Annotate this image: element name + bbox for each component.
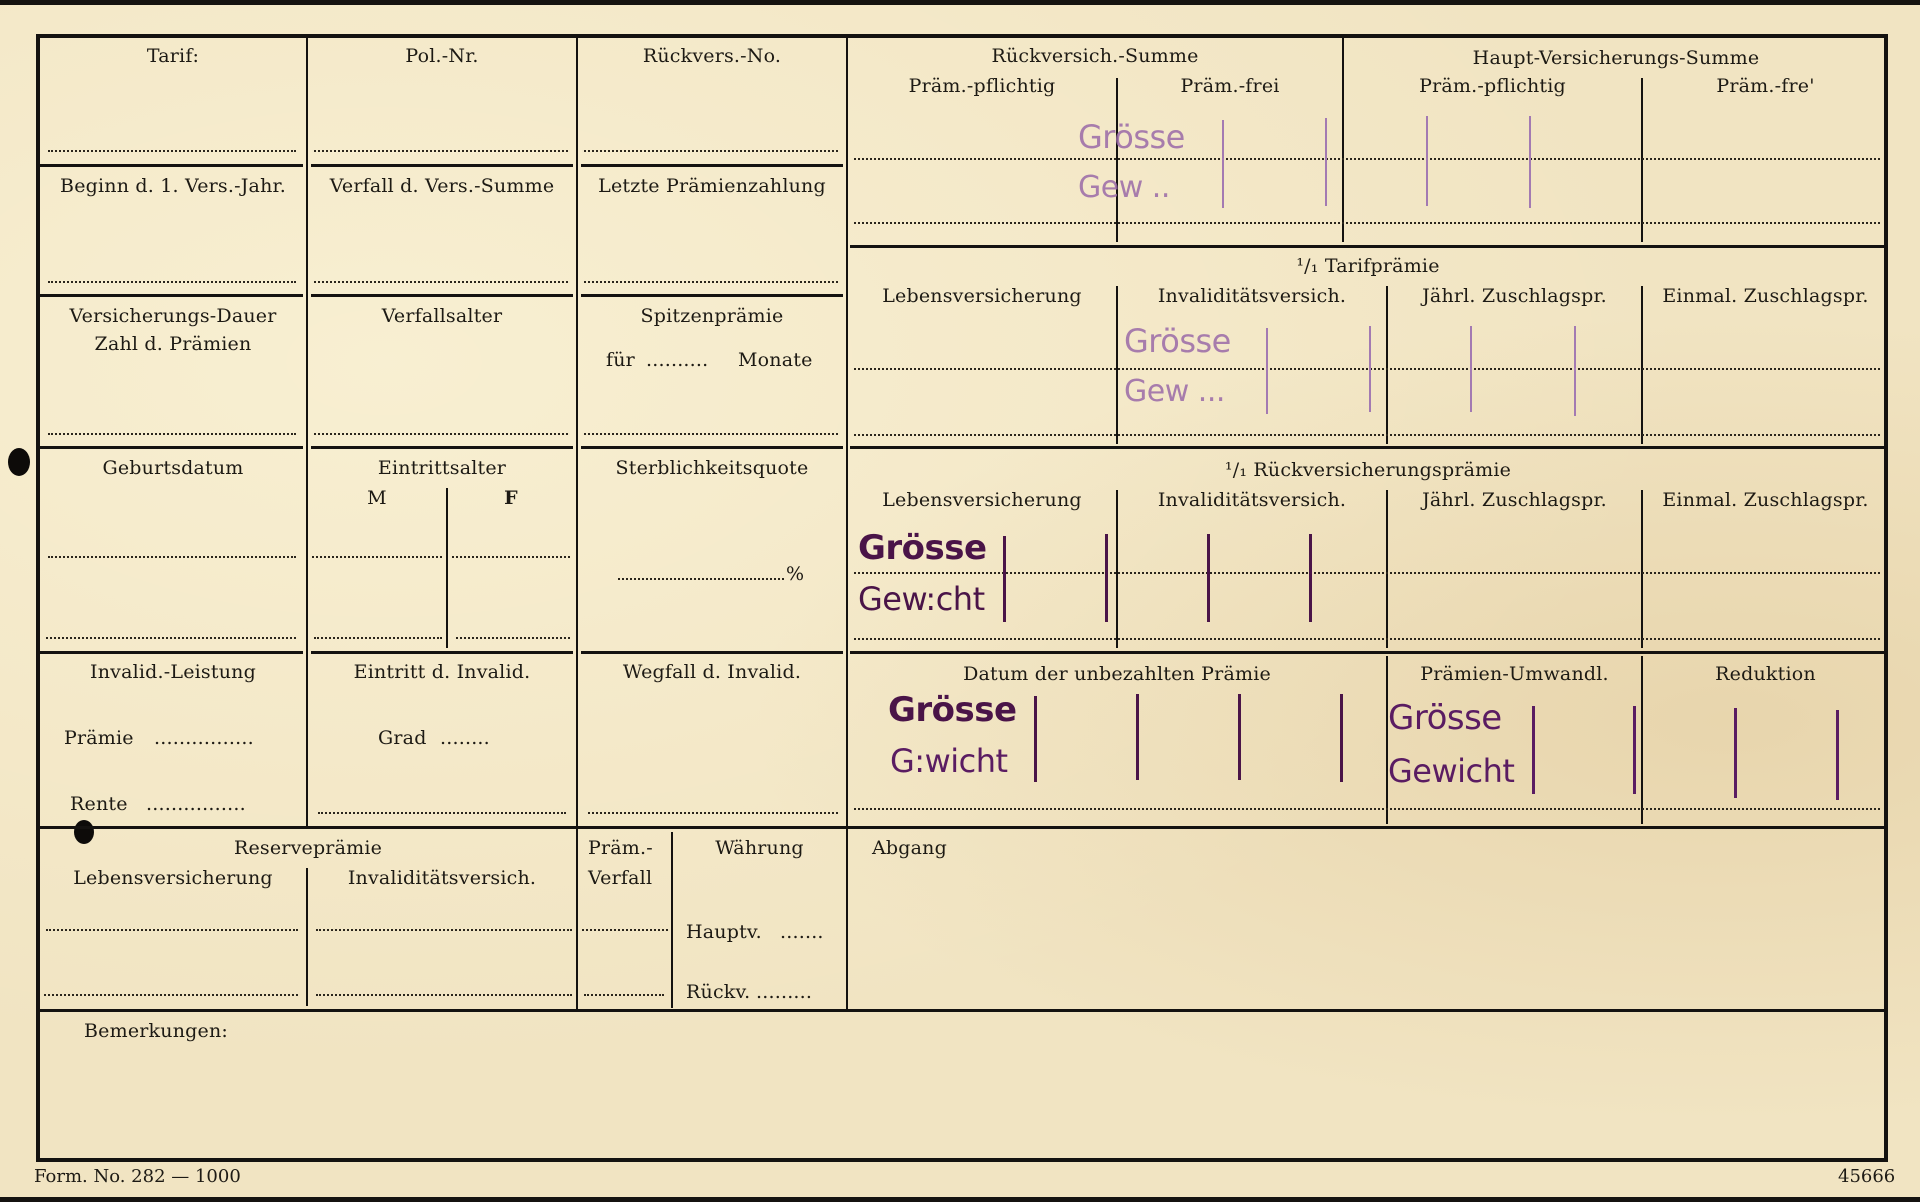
label-haupt-summe: Haupt-Versicherungs-Summe [1344,46,1888,70]
stamp-bar [1136,694,1139,780]
label-praem: Präm.- [588,836,653,860]
fill-line [584,994,664,996]
stamp-gewicht: Gewicht [1388,752,1514,790]
rule [311,294,573,297]
label-praem-frei-2: Präm.-fre' [1643,74,1888,98]
fill-rente: ................ [146,792,246,816]
stamp-gewicht: Gew ... [1124,374,1225,409]
rule [581,294,843,297]
rule [1116,490,1118,648]
rule [40,164,303,167]
stamp-bar [1325,118,1327,206]
label-rente: Rente [70,792,128,816]
label-praemien-umwandl: Prämien-Umwandl. [1388,662,1641,686]
rule [311,651,573,654]
rueck-col-invaliditaet: Invaliditätsversich. [1118,488,1386,512]
label-tarifpraemie: ¹/₁ Tarifprämie [848,254,1888,278]
form-number: Form. No. 282 — 1000 [34,1166,241,1188]
tarif-col-einmal: Einmal. Zuschlagspr. [1643,284,1888,308]
fill-line [48,556,296,558]
label-reservepraemie: Reserveprämie [40,836,576,860]
rule [1641,78,1643,242]
rule [1386,286,1388,444]
stamp-groesse: Grösse [1124,322,1231,360]
stamp-bar [1633,706,1636,794]
stamp-bar [1105,534,1108,622]
fill-line [312,556,442,558]
fill-line [44,994,298,996]
fill-line [854,158,1880,160]
rule [581,446,843,449]
rule [1386,490,1388,648]
label-invalid-leistung: Invalid.-Leistung [40,660,306,684]
tarif-col-invaliditaet: Invaliditätsversich. [1118,284,1386,308]
label-rueckvers-no: Rückvers.-No. [578,44,846,68]
label-rueckversich-summe: Rückversich.-Summe [848,44,1342,68]
stamp-groesse: Grösse [858,528,987,568]
rule [846,38,848,1010]
stamp-bar [1532,706,1535,794]
stamp-bar [1003,536,1006,622]
fill-line [854,808,1880,810]
stamp-gewicht: Gew .. [1078,170,1170,205]
fill-hauptv: ....... [780,920,824,944]
label-bemerkungen: Bemerkungen: [84,1019,228,1043]
scan-edge-top [0,0,1920,5]
stamp-bar [1426,116,1428,206]
fill-line [854,222,1880,224]
fill-praemie: ................ [154,726,254,750]
fill-line [452,556,570,558]
stamp-bar [1470,326,1472,412]
label-reduktion: Reduktion [1643,662,1888,686]
stamp-bar [1340,694,1343,782]
fill-line [588,812,838,814]
fill-line [46,637,296,639]
fill-line [854,434,1880,436]
label-reserve-invaliditaet: Invaliditätsversich. [308,866,576,890]
label-praem-pflichtig-1: Präm.-pflichtig [848,74,1116,98]
stamp-gewicht: G:wicht [890,742,1008,780]
rule [581,651,843,654]
label-zahl-praemien: Zahl d. Prämien [40,332,306,356]
fill-line [48,433,296,435]
fill-line [854,638,1880,640]
label-hauptv: Hauptv. [686,920,762,944]
label-grad: Grad [378,726,427,750]
stamp-gewicht: Gew:cht [858,580,985,618]
rule [40,446,303,449]
label-verfallsalter: Verfallsalter [308,304,576,328]
stamp-groesse: Grösse [888,690,1017,730]
tarif-col-leben: Lebensversicherung [848,284,1116,308]
rule [850,446,1884,449]
fill-line [314,281,568,283]
label-praemie: Prämie [64,726,134,750]
stamp-bar [1034,696,1037,782]
stamp-bar [1529,116,1531,208]
label-monate: Monate [738,348,813,372]
label-praem-pflichtig-2: Präm.-pflichtig [1344,74,1641,98]
fill-line [314,637,442,639]
fill-line [584,433,838,435]
label-beginn: Beginn d. 1. Vers.-Jahr. [40,174,306,198]
fill-quote [618,578,784,580]
fill-line [48,150,296,152]
label-pol-nr: Pol.-Nr. [308,44,576,68]
label-letzte-zahlung: Letzte Prämienzahlung [578,174,846,198]
rule [1116,78,1118,242]
label-abgang: Abgang [872,836,947,860]
label-fuer: für [606,348,635,372]
label-eintrittsalter: Eintrittsalter [308,456,576,480]
label-m: M [308,486,446,510]
fill-line [456,637,570,639]
fill-line [314,433,568,435]
label-reserve-leben: Lebensversicherung [40,866,306,890]
rueck-col-jaehrl: Jährl. Zuschlagspr. [1388,488,1641,512]
fill-rueckv: ......... [756,980,812,1004]
stamp-bar [1734,708,1737,798]
serial-number: 45666 [1838,1166,1895,1188]
rule [1641,286,1643,444]
fill-line [46,929,298,931]
rule [40,294,303,297]
rule [40,1009,1884,1012]
rule [850,245,1884,248]
label-percent: % [786,562,804,586]
stamp-groesse: Grösse [1388,698,1502,738]
label-rueckv: Rückv. [686,980,750,1004]
rueck-col-einmal: Einmal. Zuschlagspr. [1643,488,1888,512]
stamp-groesse: Grösse [1078,118,1185,156]
stamp-bar [1238,694,1241,780]
fill-line [318,812,566,814]
fill-line [584,150,838,152]
rule [850,651,1884,654]
label-spitzenpraemie: Spitzenprämie [578,304,846,328]
rueck-col-leben: Lebensversicherung [848,488,1116,512]
rule [40,651,303,654]
stamp-bar [1574,326,1576,416]
rule [1641,490,1643,648]
fill-fuer-monate: .......... [646,348,708,372]
label-wegfall-invalid: Wegfall d. Invalid. [578,660,846,684]
stamp-bar [1836,710,1839,800]
label-tarif: Tarif: [40,44,306,68]
stamp-bar [1222,120,1224,208]
label-verfall-summe: Verfall d. Vers.-Summe [308,174,576,198]
fill-grad: ........ [440,726,490,750]
stamp-bar [1309,534,1312,622]
fill-line [854,572,1880,574]
punch-hole-left [8,448,30,476]
stamp-bar [1266,328,1268,414]
label-verfall: Verfall [588,866,652,890]
label-versicherungs-dauer: Versicherungs-Dauer [40,304,306,328]
rule [311,164,573,167]
rule [40,826,1884,829]
label-sterblichkeitsquote: Sterblichkeitsquote [578,456,846,480]
fill-line [314,150,568,152]
stamp-bar [1207,534,1210,622]
label-rueckversicherungspraemie: ¹/₁ Rückversicherungsprämie [848,458,1888,482]
rule [581,164,843,167]
label-praem-frei-1: Präm.-frei [1118,74,1342,98]
fill-line [316,929,572,931]
tarif-col-jaehrl: Jährl. Zuschlagspr. [1388,284,1641,308]
fill-line [854,368,1880,370]
label-f: F [448,486,574,510]
label-eintritt-invalid: Eintritt d. Invalid. [308,660,576,684]
label-geburtsdatum: Geburtsdatum [40,456,306,480]
scan-edge-bottom [0,1197,1920,1202]
rule [311,446,573,449]
label-datum-unbezahlt: Datum der unbezahlten Prämie [848,662,1386,686]
fill-line [316,994,572,996]
stamp-bar [1369,326,1371,412]
rule [1116,286,1118,444]
fill-line [584,281,838,283]
rule [446,488,448,648]
rule [306,38,308,827]
fill-line [48,281,296,283]
label-waehrung: Währung [673,836,846,860]
fill-line [582,929,668,931]
